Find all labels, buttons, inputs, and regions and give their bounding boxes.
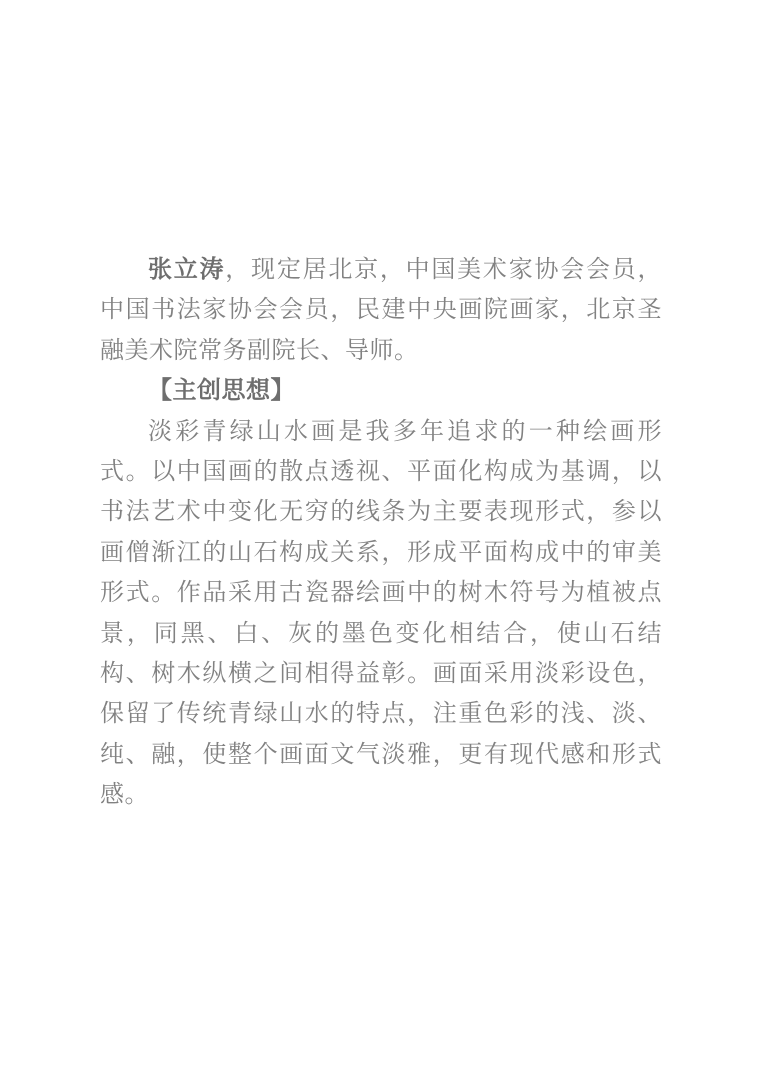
statement-paragraph: 淡彩青绿山水画是我多年追求的一种绘画形式。以中国画的散点透视、平面化构成为基调，… <box>100 411 662 815</box>
document-text-block: 张立涛，现定居北京，中国美术家协会会员，中国书法家协会会员，民建中央画院画家，北… <box>100 249 662 815</box>
bio-paragraph: 张立涛，现定居北京，中国美术家协会会员，中国书法家协会会员，民建中央画院画家，北… <box>100 249 662 370</box>
section-heading: 【主创思想】 <box>100 370 662 410</box>
author-name: 张立涛 <box>148 254 225 283</box>
document-page: 张立涛，现定居北京，中国美术家协会会员，中国书法家协会会员，民建中央画院画家，北… <box>0 0 763 1080</box>
